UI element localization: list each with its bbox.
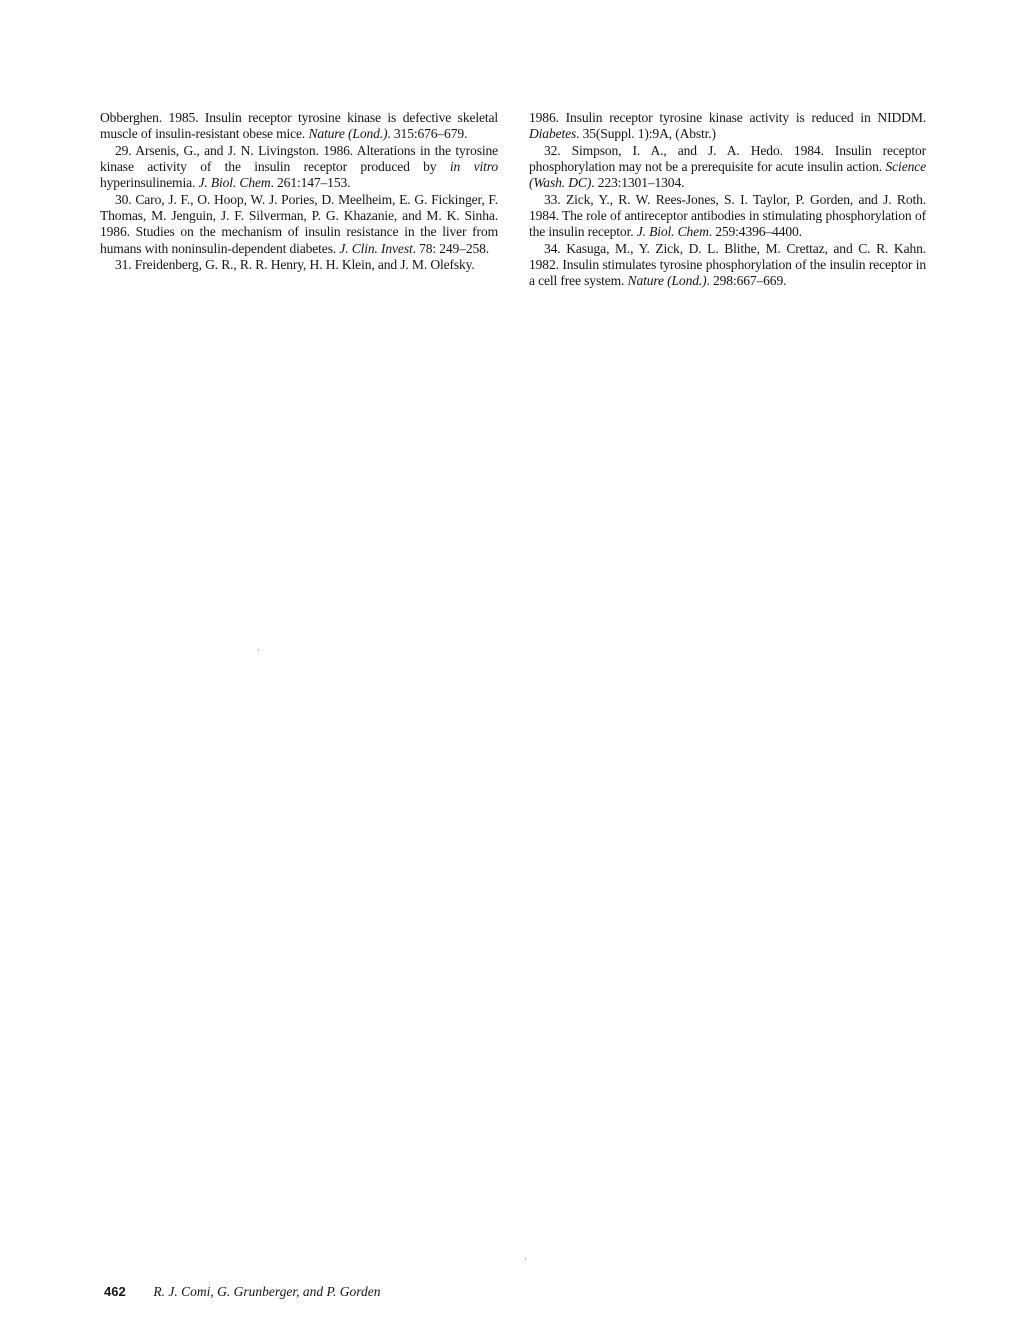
- italic-term: in vitro: [450, 159, 498, 174]
- scan-speck: [525, 1258, 526, 1260]
- references-right-column: 1986. Insulin receptor tyrosine kinase a…: [529, 110, 926, 290]
- reference-30: 30. Caro, J. F., O. Hoop, W. J. Pories, …: [100, 192, 498, 257]
- reference-text: hyperinsulinemia.: [100, 175, 198, 190]
- reference-text: 32. Simpson, I. A., and J. A. Hedo. 1984…: [529, 143, 926, 174]
- page-number: 462: [104, 1284, 150, 1299]
- reference-31: 31. Freidenberg, G. R., R. R. Henry, H. …: [100, 257, 498, 273]
- citation-volume-pages: . 78: 249–258.: [413, 241, 489, 256]
- reference-34: 34. Kasuga, M., Y. Zick, D. L. Blithe, M…: [529, 241, 926, 290]
- references-left-column: Obberghen. 1985. Insulin receptor tyrosi…: [100, 110, 498, 273]
- reference-28-continued: Obberghen. 1985. Insulin receptor tyrosi…: [100, 110, 498, 143]
- reference-29: 29. Arsenis, G., and J. N. Livingston. 1…: [100, 143, 498, 192]
- citation-volume-pages: . 261:147–153.: [271, 175, 351, 190]
- journal-name: Nature (Lond.): [308, 126, 387, 141]
- running-head-authors: R. J. Comi, G. Grunberger, and P. Gorden: [153, 1284, 380, 1299]
- reference-text: 31. Freidenberg, G. R., R. R. Henry, H. …: [115, 257, 475, 272]
- reference-33: 33. Zick, Y., R. W. Rees-Jones, S. I. Ta…: [529, 192, 926, 241]
- reference-text: 29. Arsenis, G., and J. N. Livingston. 1…: [100, 143, 498, 174]
- journal-name: J. Biol. Chem: [637, 224, 709, 239]
- journal-name: J. Biol. Chem: [198, 175, 270, 190]
- journal-name: Diabetes: [529, 126, 576, 141]
- citation-volume-pages: . 35(Suppl. 1):9A, (Abstr.): [576, 126, 716, 141]
- reference-31-continued: 1986. Insulin receptor tyrosine kinase a…: [529, 110, 926, 143]
- citation-volume-pages: . 298:667–669.: [707, 273, 787, 288]
- citation-volume-pages: . 315:676–679.: [387, 126, 467, 141]
- reference-text: 1986. Insulin receptor tyrosine kinase a…: [529, 110, 926, 125]
- page-footer: 462 R. J. Comi, G. Grunberger, and P. Go…: [104, 1284, 381, 1300]
- citation-volume-pages: . 223:1301–1304.: [591, 175, 684, 190]
- citation-volume-pages: . 259:4396–4400.: [709, 224, 802, 239]
- scan-speck: [258, 649, 259, 651]
- journal-name: Nature (Lond.): [628, 273, 707, 288]
- reference-32: 32. Simpson, I. A., and J. A. Hedo. 1984…: [529, 143, 926, 192]
- journal-name: J. Clin. Invest: [339, 241, 412, 256]
